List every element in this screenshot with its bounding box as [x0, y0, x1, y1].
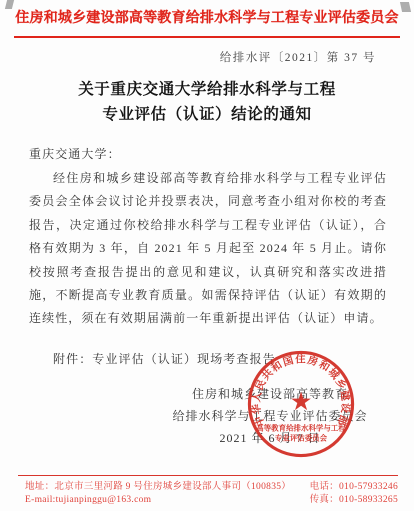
notice-title-line1: 关于重庆交通大学给排水科学与工程: [0, 78, 414, 103]
signature-block: 住房和城乡建设部高等教育 给排水科学与工程专业评估委员会 2021 年 6 月 …: [150, 383, 390, 450]
notice-title: 关于重庆交通大学给排水科学与工程 专业评估（认证）结论的通知: [0, 78, 414, 128]
footer-address: 地址：北京市三里河路 9 号住房城乡建设部人事司（100835）: [25, 481, 291, 494]
footer-fax: 传真：010-58933265: [310, 494, 398, 507]
contact-footer: 地址：北京市三里河路 9 号住房城乡建设部人事司（100835） 电话：010-…: [0, 475, 414, 511]
header-red-rule: [14, 36, 400, 38]
signature-line2: 给排水科学与工程专业评估委员会: [150, 405, 390, 427]
main-paragraph: 经住房和城乡建设部高等教育给排水科学与工程专业评估委员会全体会议讨论并投票表决，…: [29, 167, 387, 331]
notice-title-line2: 专业评估（认证）结论的通知: [0, 103, 414, 128]
footer-red-rule: [18, 475, 398, 476]
signature-line1: 住房和城乡建设部高等教育: [150, 383, 390, 405]
footer-phone: 电话：010-57933246: [310, 481, 398, 494]
footer-email: E-mail:tujianpinggu@163.com: [25, 494, 151, 507]
official-notice-document: 住房和城乡建设部高等教育给排水科学与工程专业评估委员会 给排水评〔2021〕第 …: [0, 0, 414, 511]
notice-body: 重庆交通大学： 经住房和城乡建设部高等教育给排水科学与工程专业评估委员会全体会议…: [29, 143, 387, 372]
attachment-line: 附件：专业评估（认证）现场考查报告: [29, 348, 387, 371]
document-number: 给排水评〔2021〕第 37 号: [0, 49, 376, 65]
signature-date: 2021 年 6 月 7 日: [150, 427, 390, 449]
salutation: 重庆交通大学：: [29, 143, 387, 166]
footer-row-2: E-mail:tujianpinggu@163.com 传真：010-58933…: [25, 494, 398, 507]
scan-artifact-top-right: [400, 2, 411, 12]
footer-row-1: 地址：北京市三里河路 9 号住房城乡建设部人事司（100835） 电话：010-…: [25, 481, 398, 494]
issuing-org-title: 住房和城乡建设部高等教育给排水科学与工程专业评估委员会: [0, 7, 414, 27]
